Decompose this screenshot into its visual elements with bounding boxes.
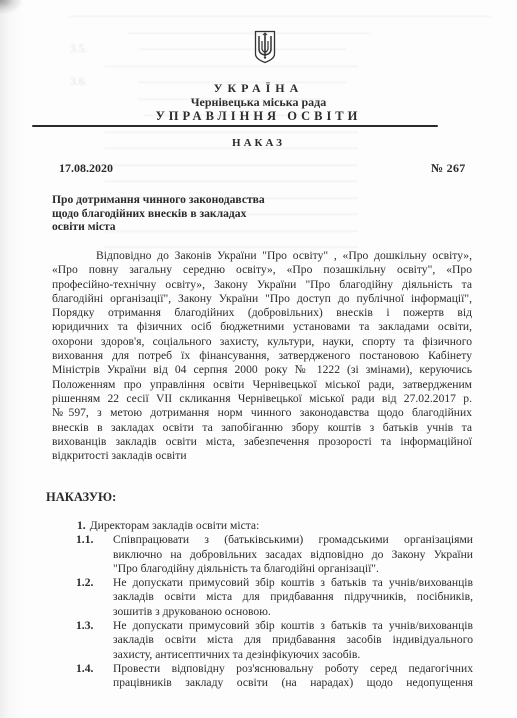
subject-line: освіти міста	[52, 220, 265, 234]
subitem-line: зошитів з друкованою основою.	[113, 605, 473, 619]
subitem-line: Не допускати примусовий збір коштів з ба…	[113, 576, 473, 590]
subitem-number: 1.2.	[63, 576, 113, 619]
ukraine-trident-emblem-icon	[254, 30, 276, 64]
document-type-title: НАКАЗ	[0, 137, 517, 149]
city-council-name: Чернівецька міська рада	[0, 95, 517, 110]
subitem-line: закладів освіти міста для придбавання за…	[113, 633, 473, 647]
preamble-line: Міністрів України від 04 серпня 2000 рок…	[52, 363, 472, 377]
preamble-line: Відповідно до Законів України "Про освіт…	[52, 249, 472, 263]
subject-line: щодо благодійних внесків в закладах	[52, 207, 265, 221]
preamble-line: внесків в закладах освіти та запобіганню…	[52, 421, 472, 435]
preamble-line: Положенням про управління освіти Черніве…	[52, 378, 472, 392]
preamble-line: професійно-технічну освіту», Закону Укра…	[52, 278, 472, 292]
subitem-line: закладів освіти міста для придбавання пі…	[113, 590, 473, 604]
item-text: Директорам закладів освіти міста:	[90, 519, 260, 532]
preamble-line: юридичних та фізичних осіб бюджетними ус…	[52, 320, 472, 334]
header-divider	[32, 125, 438, 127]
subitem-number: 1.1.	[63, 533, 113, 576]
order-subitem-1-3: 1.3. Не допускати примусовий збір коштів…	[63, 619, 473, 662]
page-corner-shadow	[0, 0, 22, 14]
scanned-document-page: —————————————————————————————————————— —…	[0, 0, 517, 718]
order-item-1: 1.Директорам закладів освіти міста:	[63, 519, 473, 533]
subitem-line: захисту, антисептичних та дезінфікуючих …	[113, 648, 473, 662]
subitem-number: 1.4.	[63, 662, 113, 691]
subitem-line: Співпрацювати з (батьківськими) громадсь…	[113, 533, 473, 547]
subitem-line: працівників закладу освіти (на нарадах) …	[113, 676, 473, 690]
preamble-line: благодійні організації", Закону України …	[52, 292, 472, 306]
order-directive-heading: НАКАЗУЮ:	[46, 490, 116, 505]
department-name: УПРАВЛІННЯ ОСВІТИ	[0, 109, 517, 124]
order-subitem-1-2: 1.2. Не допускати примусовий збір коштів…	[63, 576, 473, 619]
country-name: УКРАЇНА	[0, 81, 517, 96]
subitem-line: Не допускати примусовий збір коштів з ба…	[113, 619, 473, 633]
subitem-number: 1.3.	[63, 619, 113, 662]
preamble-paragraph: Відповідно до Законів України "Про освіт…	[52, 249, 472, 463]
order-subitem-1-1: 1.1. Співпрацювати з (батьківськими) гро…	[63, 533, 473, 576]
subitem-line: Провести відповідну роз'яснювальну робот…	[113, 662, 473, 676]
preamble-line: «Про повну загальну середню освіту», «Пр…	[52, 263, 472, 277]
preamble-line: охорони здоров'я, соціального захисту, к…	[52, 335, 472, 349]
preamble-line: рішенням 22 сесії VII скликання Чернівец…	[52, 392, 472, 406]
subitem-line: виключно на добровільних засадах відпові…	[113, 548, 473, 562]
order-items-list: 1.Директорам закладів освіти міста: 1.1.…	[63, 519, 473, 691]
item-number: 1.	[77, 519, 86, 532]
preamble-line: №597, з метою дотримання норм чинного за…	[52, 406, 472, 420]
preamble-line: Порядку отримання благодійних (добровіль…	[52, 306, 472, 320]
preamble-line: виховання для потреб їх фінансування, за…	[52, 349, 472, 363]
subject-line: Про дотримання чинного законодавства	[52, 193, 265, 207]
subitem-line: "Про благодійну діяльність та благодійні…	[113, 562, 473, 576]
order-subject: Про дотримання чинного законодавства щод…	[52, 193, 265, 234]
order-number: № 267	[431, 161, 466, 176]
order-date: 17.08.2020	[59, 161, 113, 176]
order-subitem-1-4: 1.4. Провести відповідну роз'яснювальну …	[63, 662, 473, 691]
preamble-line: відкритості закладів освіти	[52, 449, 472, 463]
preamble-line: вихованців закладів освіти міста, забезп…	[52, 435, 472, 449]
